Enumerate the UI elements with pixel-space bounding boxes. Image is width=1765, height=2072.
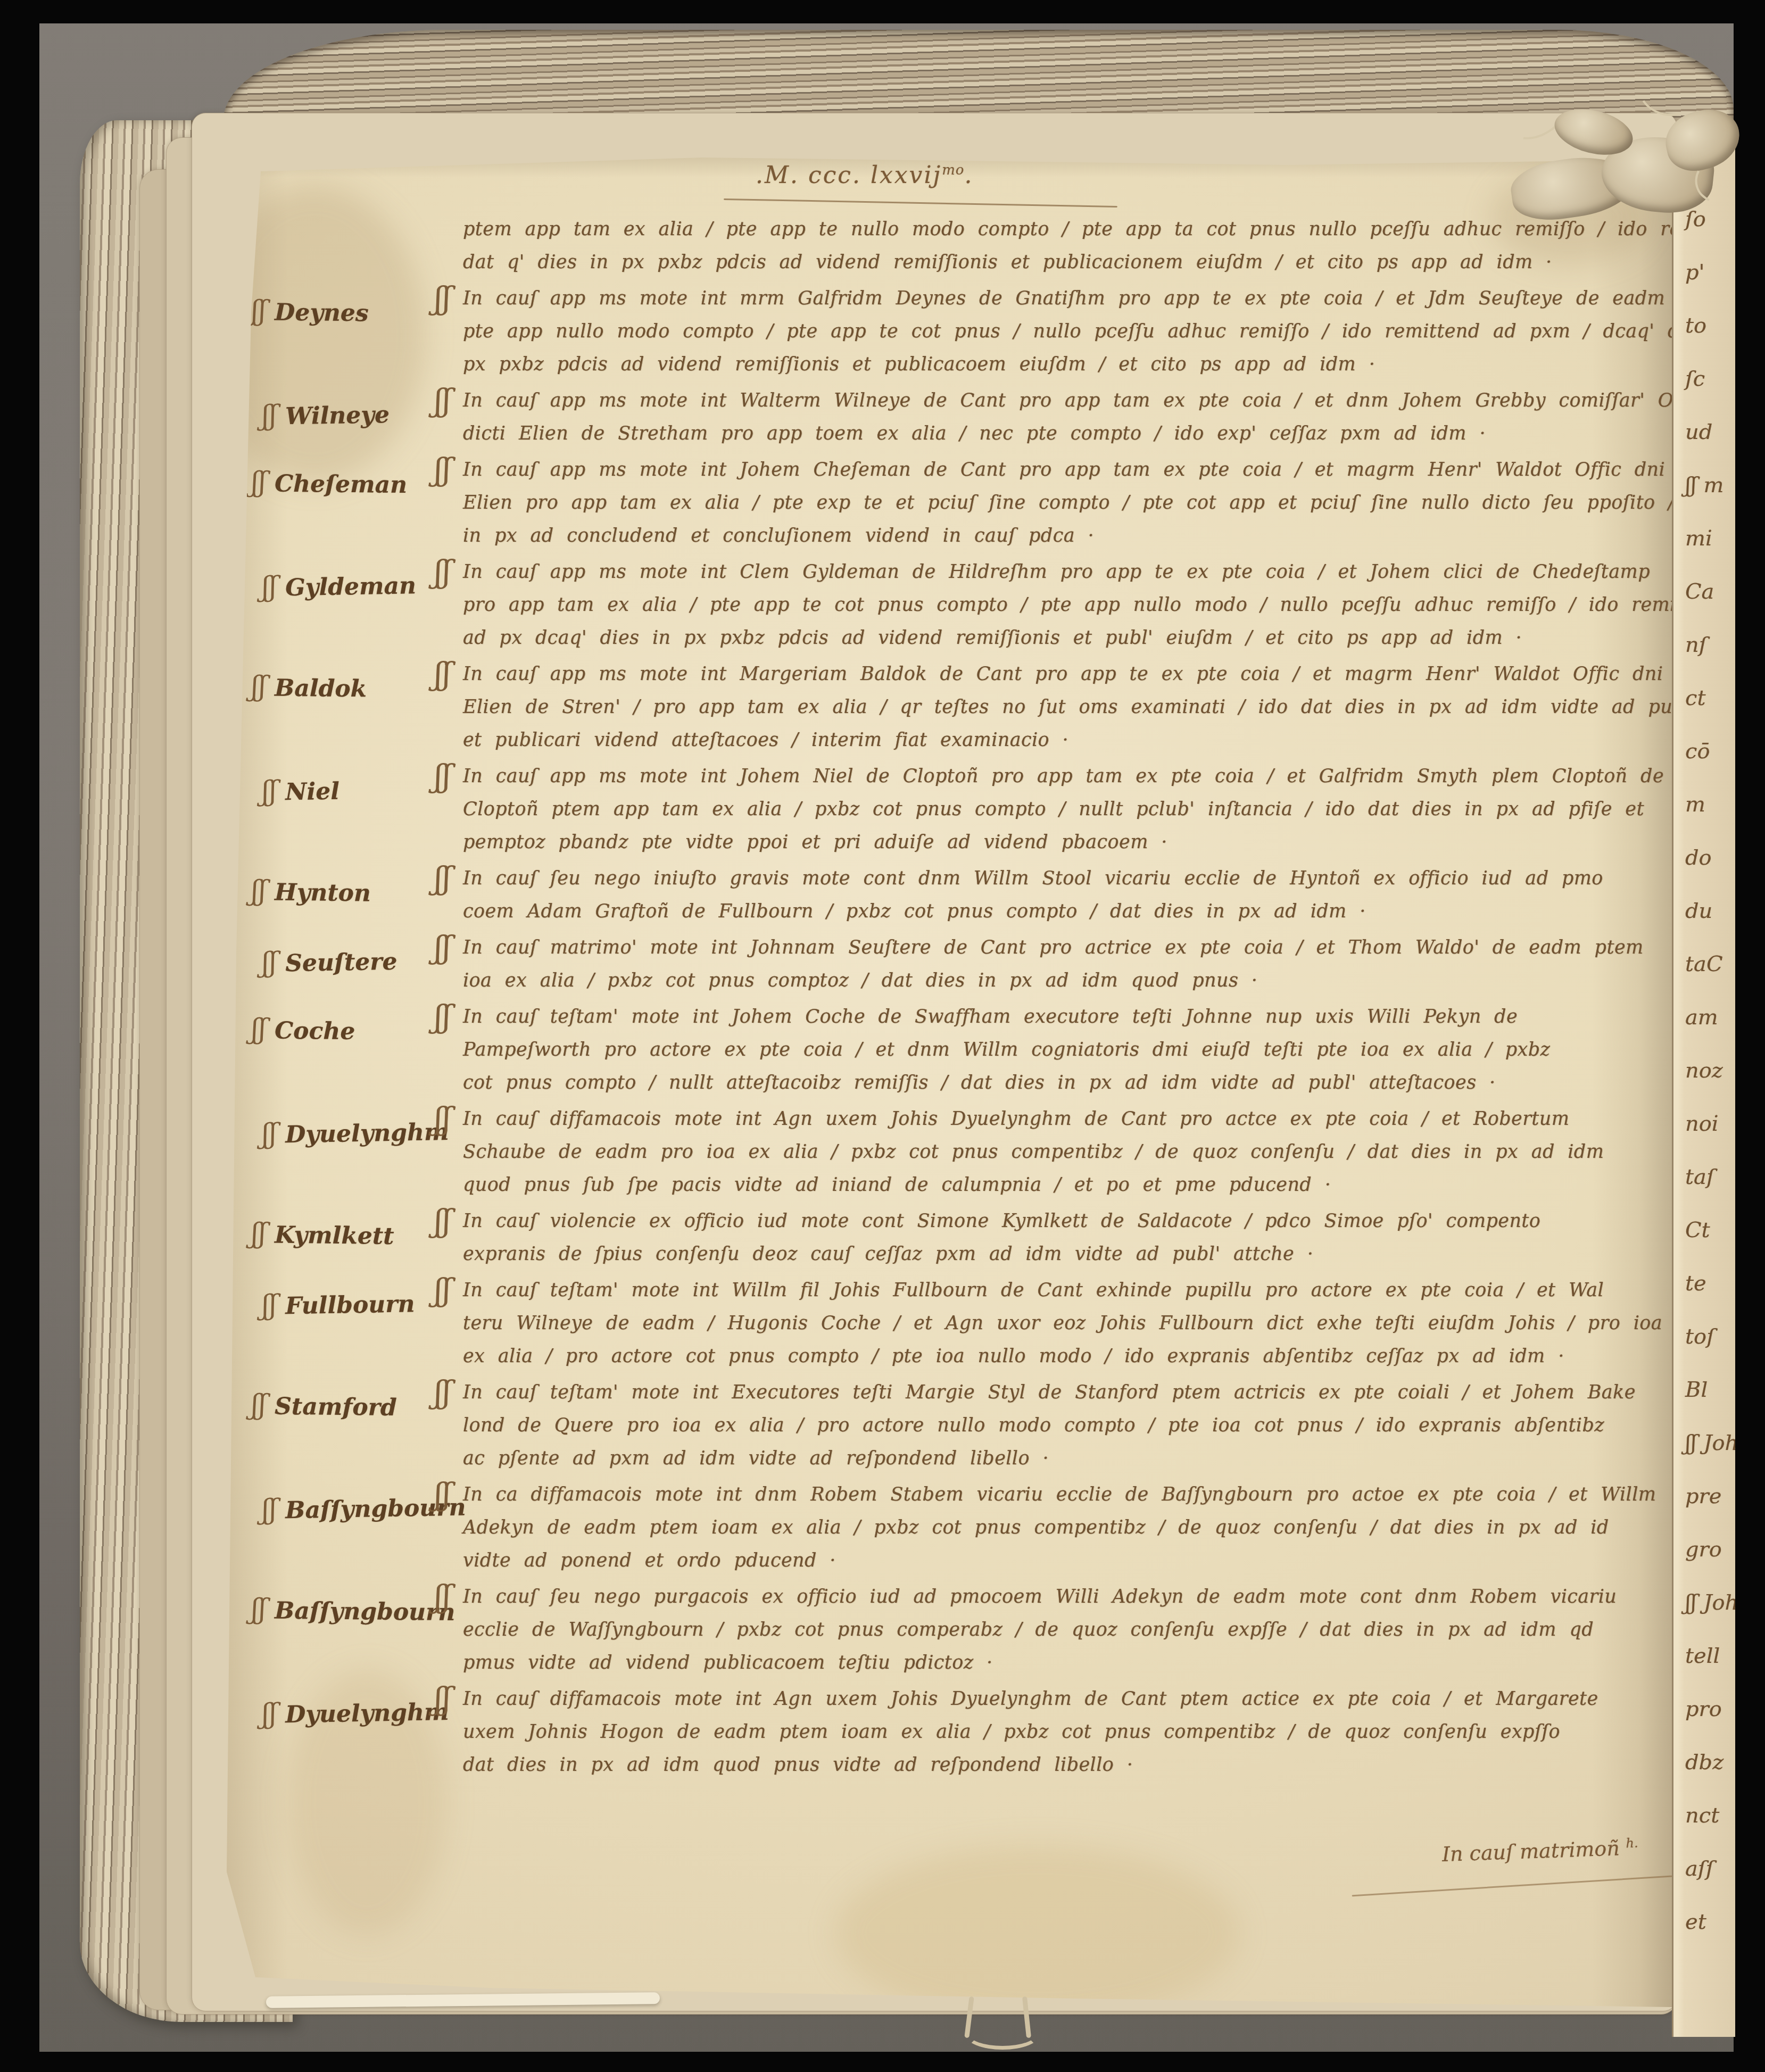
- paragraph-mark: ʃʃ: [262, 775, 277, 807]
- entry-paragraph-mark: ʃʃ: [434, 1203, 451, 1239]
- body-line: In cauſ app ms mote int Johem Cheſeman d…: [463, 453, 1660, 486]
- strip-fragment: pro: [1685, 1696, 1735, 1722]
- entry-row: ʃʃCheſemanʃʃIn cauſ app ms mote int Johe…: [463, 453, 1660, 552]
- entry-row: ʃʃWilneyeʃʃIn cauſ app ms mote int Walte…: [463, 384, 1660, 450]
- strip-fragment: ct: [1685, 685, 1735, 711]
- entry-row: ʃʃDyuelynghmʃʃIn cauſ diffamacois mote i…: [463, 1103, 1660, 1201]
- body-line: In cauſ ſeu nego iniuſto gravis mote con…: [463, 862, 1660, 895]
- body-line: Pampeſworth pro actore ex pte coia / et …: [463, 1033, 1660, 1066]
- margin-name-label: Wilneye: [285, 401, 390, 430]
- body-line: dat dies in px ad idm quod pnus vidte ad…: [463, 1748, 1660, 1781]
- margin-case-name: ʃʃHynton: [251, 875, 443, 909]
- margin-case-name: ʃʃBaldok: [251, 670, 443, 705]
- margin-case-name: ʃʃWilneye: [262, 396, 454, 432]
- entry-row: ʃʃBaſſyngbournʃʃIn ca diffamacois mote i…: [463, 1478, 1660, 1577]
- bottom-note-superscript: h.: [1626, 1836, 1638, 1851]
- strip-fragment: ſc: [1685, 366, 1735, 392]
- paragraph-mark: ʃʃ: [262, 1289, 277, 1321]
- margin-case-name: ʃʃDeynes: [251, 295, 443, 329]
- year-superscript: mo: [942, 162, 964, 178]
- paragraph-mark: ʃʃ: [262, 1118, 277, 1150]
- body-line: ptem app tam ex alia / pte app te nullo …: [463, 213, 1660, 246]
- body-line: Elien pro app tam ex alia / pte exp te e…: [463, 486, 1660, 519]
- body-line: In cauſ diffamacois mote int Agn uxem Jo…: [463, 1103, 1660, 1136]
- body-line: dat q' dies in px pxbz pdcis ad vidend r…: [463, 246, 1660, 279]
- margin-name-label: Hynton: [275, 879, 371, 907]
- strip-fragment: mi: [1685, 526, 1735, 551]
- strip-fragment: pre: [1685, 1483, 1735, 1509]
- body-line: et publicari vidend atteſtacoes / interi…: [463, 724, 1660, 757]
- body-line: In cauſ ſeu nego purgacois ex officio iu…: [463, 1580, 1660, 1613]
- entry-paragraph-mark: ʃʃ: [434, 1476, 451, 1512]
- entry-row: ʃʃNielʃʃIn cauſ app ms mote int Johem Ni…: [463, 760, 1660, 859]
- entry-paragraph-mark: ʃʃ: [434, 998, 451, 1034]
- strip-fragment: noz: [1685, 1058, 1735, 1083]
- year-roman: .M. ccc. lxxvij: [756, 162, 942, 189]
- strip-fragment: Ct: [1685, 1217, 1735, 1243]
- body-line: coem Adam Graftoñ de Fullbourn / pxbz co…: [463, 895, 1660, 928]
- body-line: in px ad concludend et concluſionem vide…: [463, 519, 1660, 552]
- strip-fragment: te: [1685, 1271, 1735, 1296]
- entry-row: ʃʃSeuſtereʃʃIn cauſ matrimo' mote int Jo…: [463, 931, 1660, 997]
- strip-fragment: am: [1685, 1005, 1735, 1030]
- body-line: dicti Elien de Stretham pro app toem ex …: [463, 417, 1660, 450]
- manuscript-page: .M. ccc. lxxvijmo. ptem app tam ex alia …: [223, 153, 1672, 2007]
- margin-case-name: ʃʃGyldeman: [262, 568, 454, 603]
- entry-row: ʃʃCocheʃʃIn cauſ teſtam' mote int Johem …: [463, 1000, 1660, 1099]
- margin-name-label: Niel: [285, 778, 340, 806]
- entry-row: ʃʃHyntonʃʃIn cauſ ſeu nego iniuſto gravi…: [463, 862, 1660, 928]
- strip-fragment: taC: [1685, 951, 1735, 977]
- margin-case-name: ʃʃNiel: [262, 772, 454, 807]
- strip-fragment: nſ: [1685, 632, 1735, 658]
- margin-case-name: ʃʃCheſeman: [251, 466, 443, 500]
- entry-row: ptem app tam ex alia / pte app te nullo …: [463, 213, 1660, 279]
- body-line: ioa ex alia / pxbz cot pnus comptoz / da…: [463, 964, 1660, 997]
- margin-case-name: ʃʃCoche: [251, 1013, 443, 1047]
- entry-paragraph-mark: ʃʃ: [434, 1680, 451, 1717]
- strip-fragment: ʃʃ Joh: [1685, 1430, 1735, 1456]
- body-line: uxem Johnis Hogon de eadm ptem ioam ex a…: [463, 1715, 1660, 1748]
- body-line: Adekyn de eadm ptem ioam ex alia / pxbz …: [463, 1511, 1660, 1544]
- body-line: In cauſ app ms mote int Walterm Wilneye …: [463, 384, 1660, 417]
- body-line: In cauſ matrimo' mote int Johnnam Seuſte…: [463, 931, 1660, 964]
- entry-paragraph-mark: ʃʃ: [434, 1578, 451, 1614]
- year-punct: .: [965, 162, 974, 189]
- paragraph-mark: ʃʃ: [262, 1698, 277, 1730]
- body-line: lond de Quere pro ioa ex alia / pro acto…: [463, 1409, 1660, 1442]
- margin-name-label: Baſſyngbourn: [275, 1597, 455, 1627]
- strip-fragment: Ca: [1685, 579, 1735, 604]
- paragraph-mark: ʃʃ: [262, 400, 277, 432]
- heading-underline: [724, 198, 1117, 208]
- strip-fragment: gro: [1685, 1537, 1735, 1562]
- entry-row: ʃʃGyldemanʃʃIn cauſ app ms mote int Clem…: [463, 556, 1660, 654]
- paragraph-mark: ʃʃ: [262, 571, 277, 603]
- strip-fragment: et: [1685, 1909, 1735, 1935]
- body-line: vidte ad ponend et ordo pducend ·: [463, 1544, 1660, 1577]
- paragraph-mark: ʃʃ: [251, 466, 267, 498]
- frayed-binding-cloth: [1506, 79, 1734, 238]
- body-line: In cauſ diffamacois mote int Agn uxem Jo…: [463, 1683, 1660, 1715]
- strip-fragment: nct: [1685, 1803, 1735, 1828]
- margin-name-label: Cheſeman: [275, 470, 408, 499]
- thread-loop: [965, 2018, 1040, 2050]
- margin-name-label: Dyuelynghm: [285, 1118, 449, 1148]
- paragraph-mark: ʃʃ: [262, 947, 277, 979]
- margin-case-name: ʃʃBaſſyngbourn: [251, 1593, 443, 1627]
- entry-row: ʃʃBaſſyngbournʃʃIn cauſ ſeu nego purgaco…: [463, 1580, 1660, 1679]
- strip-fragment: du: [1685, 898, 1735, 924]
- paragraph-mark: ʃʃ: [251, 1593, 267, 1625]
- body-line: quod pnus ſub ſpe pacis vidte ad iniand …: [463, 1168, 1660, 1201]
- entry-row: ʃʃStamfordʃʃIn cauſ teſtam' mote int Exe…: [463, 1376, 1660, 1475]
- body-line: pemptoz pbandz pte vidte ppoi et pri adu…: [463, 826, 1660, 859]
- entry-row: ʃʃDeynesʃʃIn cauſ app ms mote int mrm Ga…: [463, 282, 1660, 381]
- entry-row: ʃʃBaldokʃʃIn cauſ app ms mote int Marger…: [463, 658, 1660, 757]
- body-line: In ca diffamacois mote int dnm Robem Sta…: [463, 1478, 1660, 1511]
- entry-paragraph-mark: ʃʃ: [434, 451, 451, 487]
- body-line: In cauſ teſtam' mote int Willm fil Johis…: [463, 1274, 1660, 1307]
- entry-paragraph-mark: ʃʃ: [434, 929, 451, 965]
- strip-fragment: tell: [1685, 1643, 1735, 1669]
- strip-fragment: aſſ: [1685, 1856, 1735, 1882]
- margin-case-name: ʃʃFullbourn: [262, 1286, 454, 1321]
- margin-name-label: Baldok: [275, 675, 367, 703]
- body-line: Cloptoñ ptem app tam ex alia / pxbz cot …: [463, 793, 1660, 826]
- body-line: pte app nullo modo compto / pte app te c…: [463, 315, 1660, 348]
- body-line: px pxbz pdcis ad vidend remiſſionis et p…: [463, 348, 1660, 381]
- strip-fragment: do: [1685, 845, 1735, 871]
- body-line: cot pnus compto / nullt atteſtacoibz rem…: [463, 1066, 1660, 1099]
- strip-fragment: p': [1685, 260, 1735, 285]
- margin-name-label: Seuſtere: [285, 948, 397, 977]
- paragraph-mark: ʃʃ: [262, 1494, 277, 1526]
- strip-fragment: Bl: [1685, 1377, 1735, 1403]
- paragraph-mark: ʃʃ: [251, 1389, 267, 1421]
- strip-fragment: toſ: [1685, 1324, 1735, 1349]
- margin-name-label: Fullbourn: [285, 1290, 415, 1320]
- strip-fragment: ʃʃ m: [1685, 473, 1735, 498]
- paragraph-mark: ʃʃ: [251, 295, 267, 327]
- paragraph-mark: ʃʃ: [251, 670, 267, 702]
- body-line: In cauſ app ms mote int mrm Galfridm Dey…: [463, 282, 1660, 315]
- strip-fragment: noi: [1685, 1111, 1735, 1137]
- strip-fragment: cō: [1685, 739, 1735, 764]
- entry-paragraph-mark: ʃʃ: [434, 553, 451, 590]
- entries: ptem app tam ex alia / pte app te nullo …: [463, 213, 1660, 1785]
- facing-page-text-fragments: ſop'toſcudʃʃ mmiCanſctcōmdodutaCamnoznoi…: [1685, 206, 1735, 1935]
- margin-name-label: Gyldeman: [285, 572, 417, 601]
- hanging-thread: [955, 1996, 1046, 2043]
- entry-paragraph-mark: ʃʃ: [434, 382, 451, 418]
- body-line: expranis de ſpius conſenſu deoz cauſ ceſ…: [463, 1238, 1660, 1271]
- paragraph-mark: ʃʃ: [251, 875, 267, 907]
- body-line: Schaube de eadm pro ioa ex alia / pxbz c…: [463, 1136, 1660, 1168]
- margin-name-label: Stamford: [275, 1393, 397, 1421]
- entry-paragraph-mark: ʃʃ: [434, 860, 451, 896]
- body-line: In cauſ app ms mote int Margeriam Baldok…: [463, 658, 1660, 691]
- body-line: pmus vidte ad vidend publicacoem teſtiu …: [463, 1646, 1660, 1679]
- entry-paragraph-mark: ʃʃ: [434, 656, 451, 692]
- entry-paragraph-mark: ʃʃ: [434, 280, 451, 316]
- strip-fragment: ʃʃ Joh: [1685, 1590, 1735, 1615]
- margin-case-name: ʃʃBaſſyngbourn: [262, 1490, 454, 1526]
- margin-case-name: ʃʃDyuelynghm: [262, 1115, 454, 1150]
- margin-case-name: ʃʃSeuſtere: [262, 943, 454, 979]
- body-line: In cauſ teſtam' mote int Executores teſt…: [463, 1376, 1660, 1409]
- body-line: In cauſ teſtam' mote int Johem Coche de …: [463, 1000, 1660, 1033]
- manuscript-photo: ſop'toſcudʃʃ mmiCanſctcōmdodutaCamnoznoi…: [0, 0, 1765, 2072]
- margin-case-name: ʃʃDyuelynghm: [262, 1695, 454, 1730]
- parchment-stain: [835, 1845, 1240, 2021]
- entry-row: ʃʃDyuelynghmʃʃIn cauſ diffamacois mote i…: [463, 1683, 1660, 1781]
- paragraph-mark: ʃʃ: [251, 1217, 267, 1249]
- margin-case-name: ʃʃStamford: [251, 1389, 443, 1423]
- strip-fragment: ud: [1685, 419, 1735, 445]
- paragraph-mark: ʃʃ: [251, 1013, 267, 1045]
- margin-name-label: Coche: [275, 1017, 355, 1046]
- body-line: ex alia / pro actore cot pnus compto / p…: [463, 1340, 1660, 1373]
- body-line: In cauſ app ms mote int Johem Niel de Cl…: [463, 760, 1660, 793]
- strip-fragment: m: [1685, 792, 1735, 817]
- entry-paragraph-mark: ʃʃ: [434, 1272, 451, 1308]
- body-line: teru Wilneye de eadm / Hugonis Coche / e…: [463, 1307, 1660, 1340]
- strip-fragment: to: [1685, 313, 1735, 338]
- margin-case-name: ʃʃKymlkett: [251, 1217, 443, 1252]
- entry-row: ʃʃFullbournʃʃIn cauſ teſtam' mote int Wi…: [463, 1274, 1660, 1373]
- margin-name-label: Dyuelynghm: [285, 1698, 449, 1728]
- body-line: ac pſente ad pxm ad idm vidte ad reſpond…: [463, 1442, 1660, 1475]
- body-line: ecclie de Waſſyngbourn / pxbz cot pnus c…: [463, 1613, 1660, 1646]
- entry-row: ʃʃKymlkettʃʃIn cauſ violencie ex officio…: [463, 1205, 1660, 1271]
- strip-fragment: dbz: [1685, 1750, 1735, 1775]
- margin-name-label: Deynes: [275, 299, 369, 327]
- body-line: ad px dcaq' dies in px pxbz pdcis ad vid…: [463, 621, 1660, 654]
- page-heading-year: .M. ccc. lxxvijmo.: [756, 162, 974, 189]
- entry-paragraph-mark: ʃʃ: [434, 758, 451, 794]
- entry-paragraph-mark: ʃʃ: [434, 1100, 451, 1137]
- body-line: In cauſ violencie ex officio iud mote co…: [463, 1205, 1660, 1238]
- body-line: pro app tam ex alia / pte app te cot pnu…: [463, 589, 1660, 621]
- strip-fragment: taſ: [1685, 1164, 1735, 1190]
- body-line: In cauſ app ms mote int Clem Gyldeman de…: [463, 556, 1660, 589]
- body-line: Elien de Stren' / pro app tam ex alia / …: [463, 691, 1660, 724]
- margin-name-label: Kymlkett: [275, 1222, 394, 1250]
- facing-page-sliver: ſop'toſcudʃʃ mmiCanſctcōmdodutaCamnoznoi…: [1672, 133, 1735, 2037]
- entry-paragraph-mark: ʃʃ: [434, 1374, 451, 1410]
